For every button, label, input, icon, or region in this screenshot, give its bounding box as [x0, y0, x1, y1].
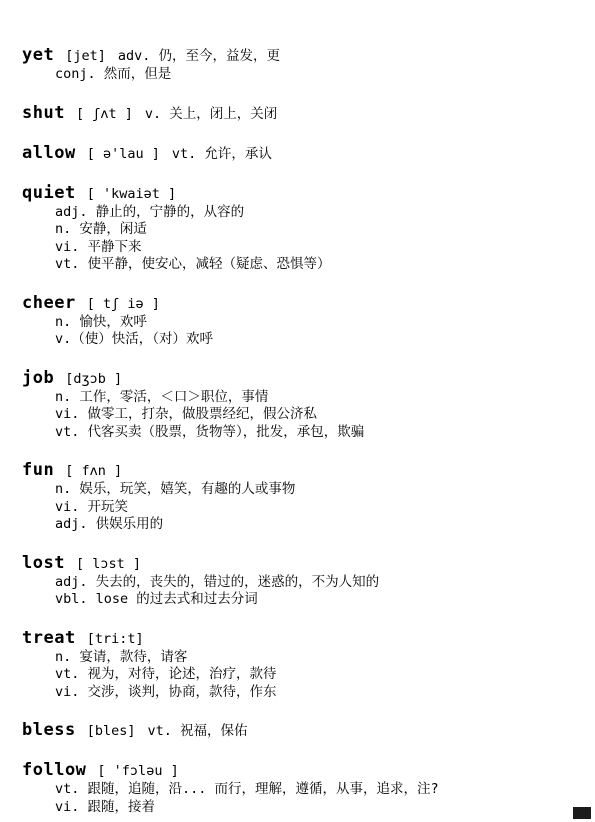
entry-inline-definition: v. 关上，闭上，关闭 — [145, 106, 277, 122]
definition-line: n. 宴请，款待，请客 — [55, 649, 581, 667]
entry-word: shut — [22, 103, 65, 123]
definition-line: vt. 使平静，使安心，减轻（疑虑、恐惧等） — [55, 256, 581, 274]
dictionary-entry: lost[ lɔst ] adj. 失去的，丧失的，错过的，迷惑的，不为人知的v… — [22, 553, 581, 609]
definition-line: vbl. lose 的过去式和过去分词 — [55, 591, 581, 609]
entry-headline: quiet[ 'kwaiət ] — [22, 183, 581, 204]
definition-line: n. 娱乐，玩笑，嬉笑，有趣的人或事物 — [55, 481, 581, 499]
entry-word: cheer — [22, 293, 76, 313]
definition-line: vt. 代客买卖（股票，货物等），批发，承包，欺骗 — [55, 424, 581, 442]
definition-line: adj. 静止的，宁静的，从容的 — [55, 204, 581, 222]
entry-definitions: adj. 失去的，丧失的，错过的，迷惑的，不为人知的vbl. lose 的过去式… — [55, 574, 581, 609]
entry-phonetic: [ 'fɔləu ] — [97, 763, 178, 779]
entry-phonetic: [jet] — [65, 48, 106, 64]
entry-phonetic: [bles] — [87, 723, 136, 739]
dictionary-entry: bless[bles]vt. 祝福，保佑 — [22, 720, 581, 741]
entry-list: yet[jet]adv. 仍，至今，益发，更 conj. 然而，但是 shut[… — [22, 45, 581, 816]
definition-line: v.（使）快活，（对）欢呼 — [55, 331, 581, 349]
entry-word: allow — [22, 143, 76, 163]
dictionary-entry: treat[tri:t] n. 宴请，款待，请客vt. 视为，对待，论述，治疗，… — [22, 628, 581, 702]
entry-headline: lost[ lɔst ] — [22, 553, 581, 574]
entry-definitions: vt. 跟随，追随，沿... 而行，理解，遵循，从事，追求，注?vi. 跟随，接… — [55, 781, 581, 816]
entry-inline-definition: vt. 允许，承认 — [172, 146, 272, 162]
dictionary-entry: fun[ fʌn ] n. 娱乐，玩笑，嬉笑，有趣的人或事物vi. 开玩笑adj… — [22, 460, 581, 534]
definition-line: vi. 交涉，谈判，协商，款待，作东 — [55, 684, 581, 702]
entry-definitions: adj. 静止的，宁静的，从容的n. 安静，闲适vi. 平静下来vt. 使平静，… — [55, 204, 581, 274]
definition-line: conj. 然而，但是 — [55, 66, 581, 84]
entry-headline: allow[ ə'lau ]vt. 允许，承认 — [22, 143, 581, 164]
entry-headline: fun[ fʌn ] — [22, 460, 581, 481]
entry-word: job — [22, 368, 54, 388]
entry-headline: follow[ 'fɔləu ] — [22, 760, 581, 781]
entry-definitions: conj. 然而，但是 — [55, 66, 581, 84]
definition-line: vi. 平静下来 — [55, 239, 581, 257]
entry-inline-definition: adv. 仍，至今，益发，更 — [118, 48, 280, 64]
entry-headline: yet[jet]adv. 仍，至今，益发，更 — [22, 45, 581, 66]
dictionary-entry: yet[jet]adv. 仍，至今，益发，更 conj. 然而，但是 — [22, 45, 581, 84]
entry-definitions: n. 愉快，欢呼v.（使）快活，（对）欢呼 — [55, 314, 581, 349]
entry-word: treat — [22, 628, 76, 648]
entry-word: follow — [22, 760, 86, 780]
dictionary-entry: follow[ 'fɔləu ] vt. 跟随，追随，沿... 而行，理解，遵循… — [22, 760, 581, 816]
entry-phonetic: [ 'kwaiət ] — [87, 186, 176, 202]
dictionary-entry: quiet[ 'kwaiət ] adj. 静止的，宁静的，从容的n. 安静，闲… — [22, 183, 581, 274]
definition-line: vt. 跟随，追随，沿... 而行，理解，遵循，从事，追求，注? — [55, 781, 581, 799]
definition-line: n. 工作，零活，＜口＞职位，事情 — [55, 389, 581, 407]
entry-phonetic: [ lɔst ] — [76, 556, 141, 572]
entry-word: bless — [22, 720, 76, 740]
scan-artifact-mark — [573, 807, 591, 819]
entry-definitions: n. 娱乐，玩笑，嬉笑，有趣的人或事物vi. 开玩笑adj. 供娱乐用的 — [55, 481, 581, 534]
entry-phonetic: [ fʌn ] — [65, 463, 122, 479]
entry-inline-definition: vt. 祝福，保佑 — [147, 723, 247, 739]
entry-word: lost — [22, 553, 65, 573]
entry-headline: treat[tri:t] — [22, 628, 581, 649]
entry-word: quiet — [22, 183, 76, 203]
definition-line: vi. 开玩笑 — [55, 499, 581, 517]
vocabulary-page: yet[jet]adv. 仍，至今，益发，更 conj. 然而，但是 shut[… — [0, 0, 595, 822]
dictionary-entry: allow[ ə'lau ]vt. 允许，承认 — [22, 143, 581, 164]
entry-phonetic: [ ʃʌt ] — [76, 106, 133, 122]
definition-line: vi. 跟随，接着 — [55, 799, 581, 817]
definition-line: n. 安静，闲适 — [55, 221, 581, 239]
definition-line: n. 愉快，欢呼 — [55, 314, 581, 332]
entry-word: fun — [22, 460, 54, 480]
dictionary-entry: cheer[ tʃ iə ] n. 愉快，欢呼v.（使）快活，（对）欢呼 — [22, 293, 581, 349]
entry-phonetic: [dʒɔb ] — [65, 371, 122, 387]
entry-definitions: n. 工作，零活，＜口＞职位，事情vi. 做零工，打杂，做股票经纪，假公济私vt… — [55, 389, 581, 442]
definition-line: adj. 失去的，丧失的，错过的，迷惑的，不为人知的 — [55, 574, 581, 592]
entry-phonetic: [ ə'lau ] — [87, 146, 160, 162]
entry-headline: job[dʒɔb ] — [22, 368, 581, 389]
entry-phonetic: [ tʃ iə ] — [87, 296, 160, 312]
entry-definitions: n. 宴请，款待，请客vt. 视为，对待，论述，治疗，款待vi. 交涉，谈判，协… — [55, 649, 581, 702]
definition-line: vt. 视为，对待，论述，治疗，款待 — [55, 666, 581, 684]
entry-word: yet — [22, 45, 54, 65]
entry-headline: shut[ ʃʌt ]v. 关上，闭上，关闭 — [22, 103, 581, 124]
definition-line: vi. 做零工，打杂，做股票经纪，假公济私 — [55, 406, 581, 424]
entry-headline: bless[bles]vt. 祝福，保佑 — [22, 720, 581, 741]
entry-phonetic: [tri:t] — [87, 631, 144, 647]
definition-line: adj. 供娱乐用的 — [55, 516, 581, 534]
dictionary-entry: shut[ ʃʌt ]v. 关上，闭上，关闭 — [22, 103, 581, 124]
entry-headline: cheer[ tʃ iə ] — [22, 293, 581, 314]
dictionary-entry: job[dʒɔb ] n. 工作，零活，＜口＞职位，事情vi. 做零工，打杂，做… — [22, 368, 581, 442]
